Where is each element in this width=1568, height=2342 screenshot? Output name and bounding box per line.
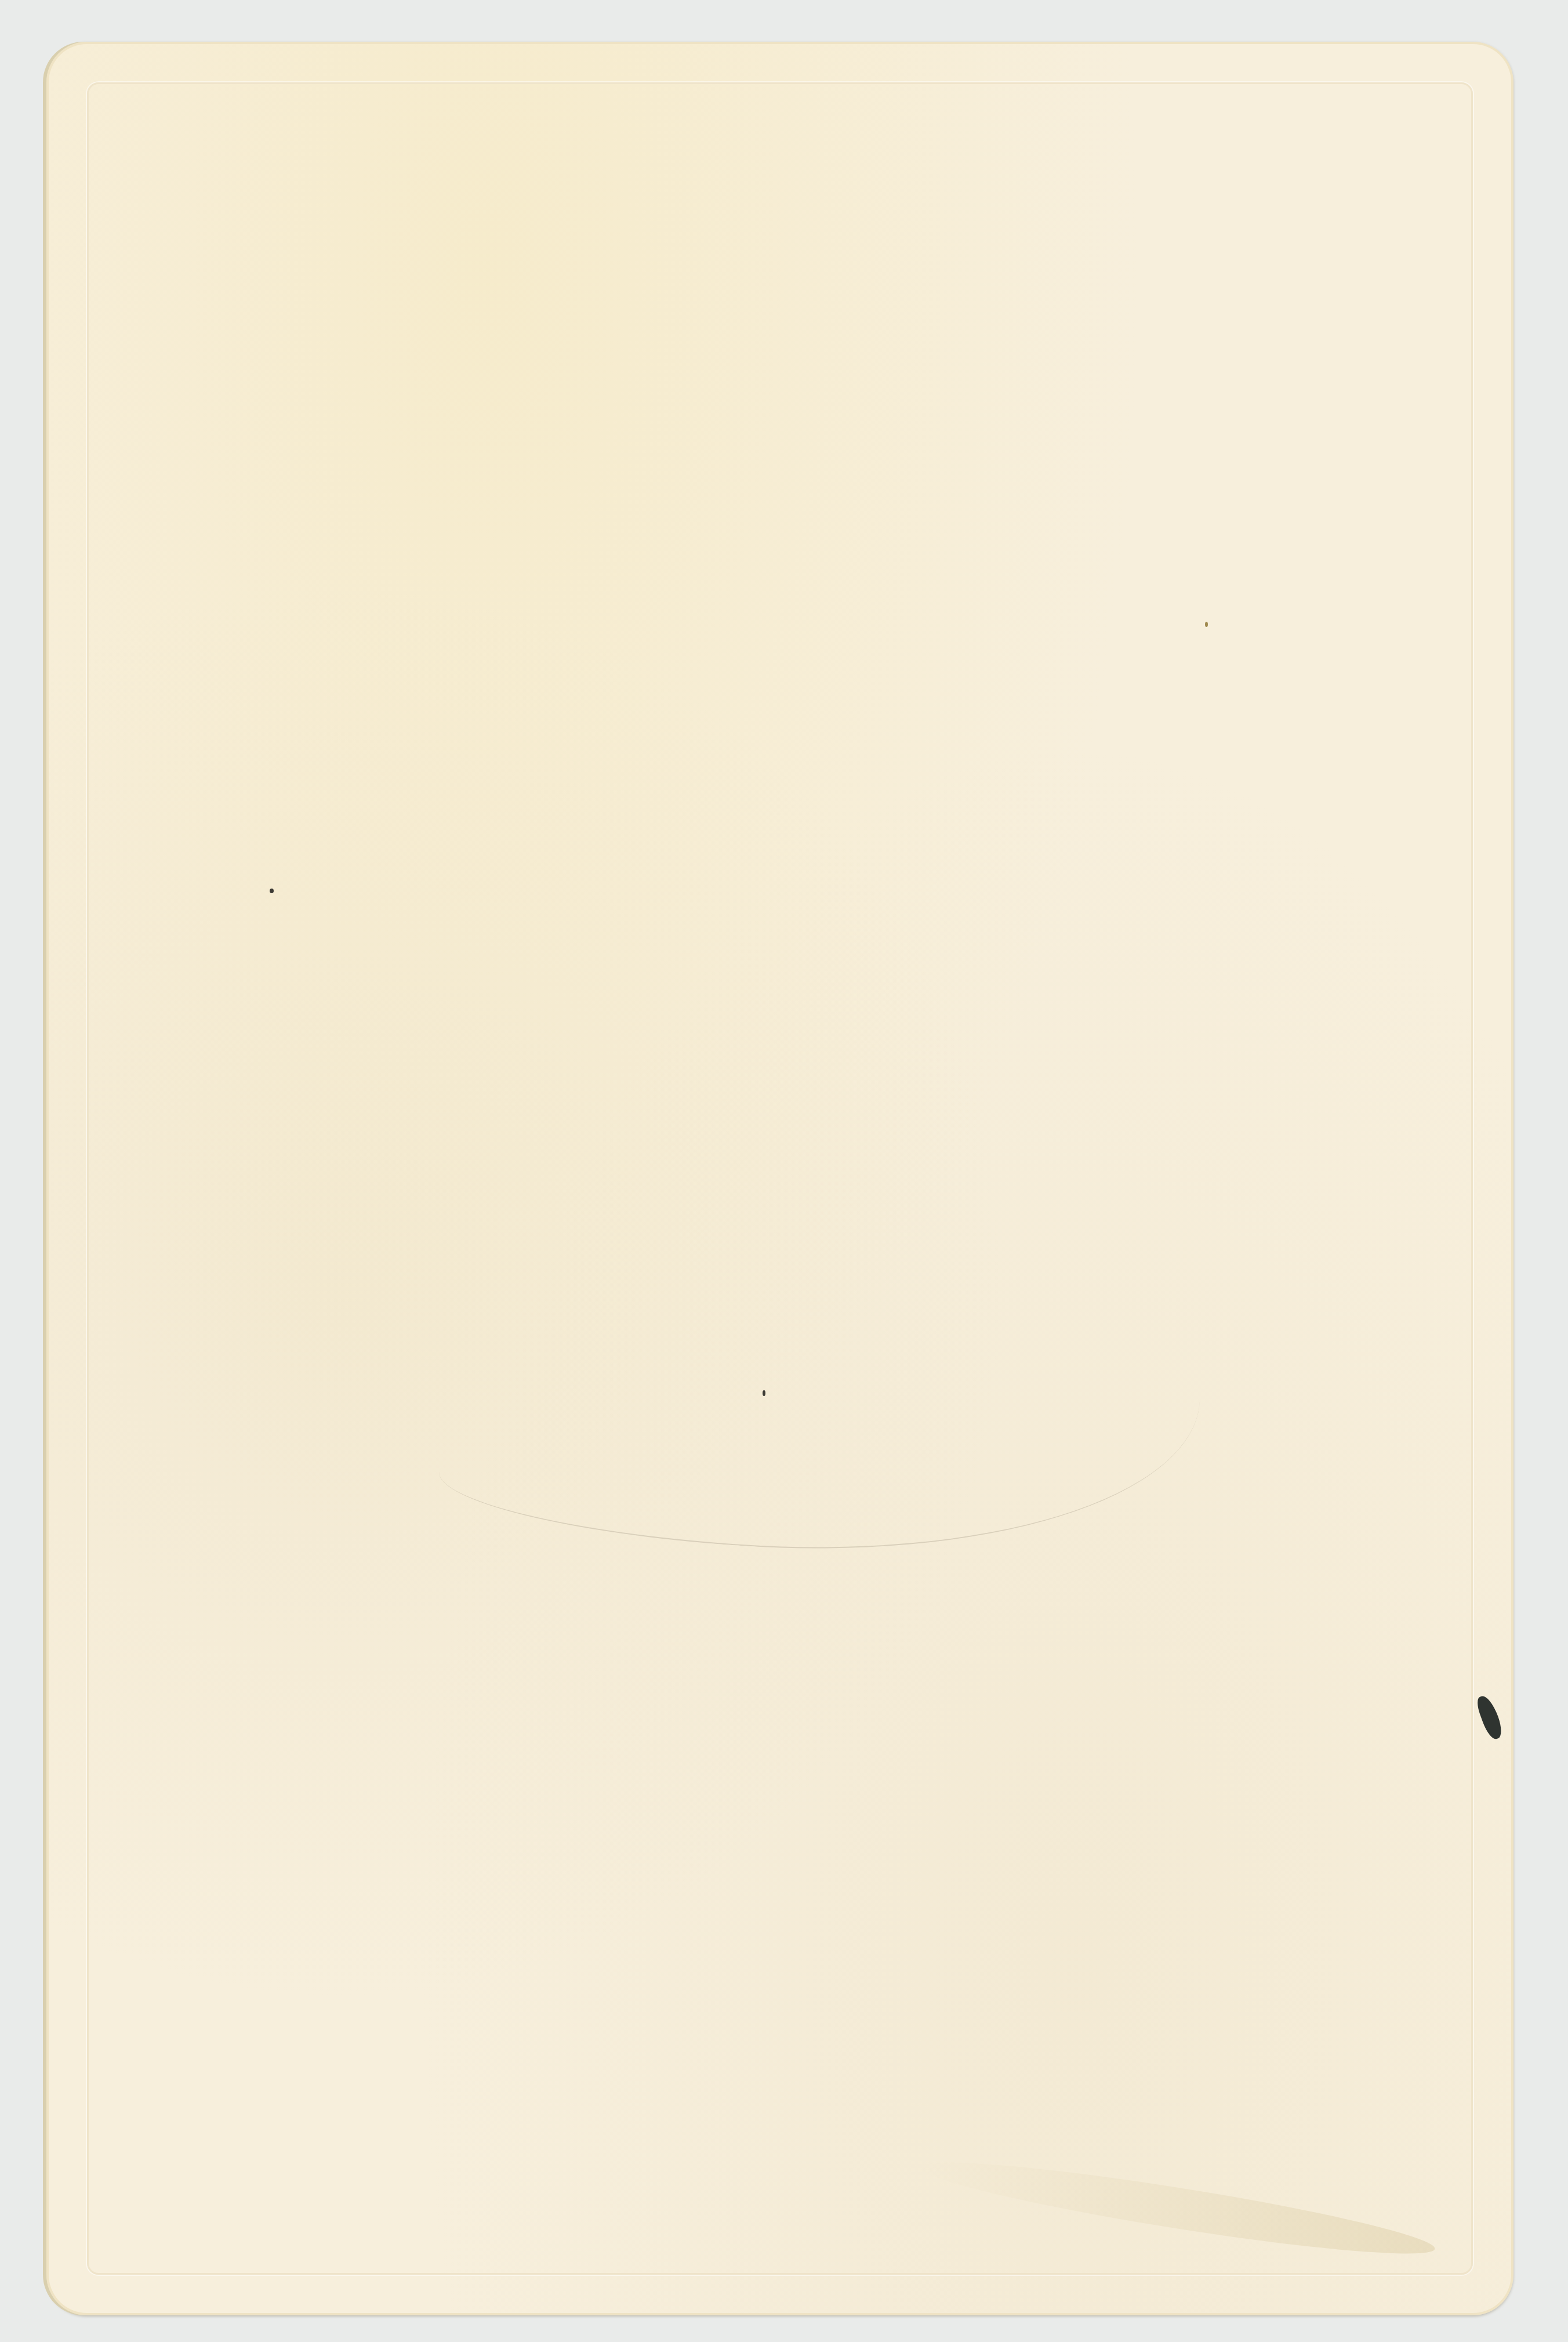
speck <box>270 889 274 893</box>
embossed-border <box>87 82 1473 2275</box>
speck <box>1205 622 1208 627</box>
cabinet-card-back <box>46 42 1513 2315</box>
ink-blot <box>1475 1694 1505 1742</box>
speck <box>763 1390 765 1396</box>
